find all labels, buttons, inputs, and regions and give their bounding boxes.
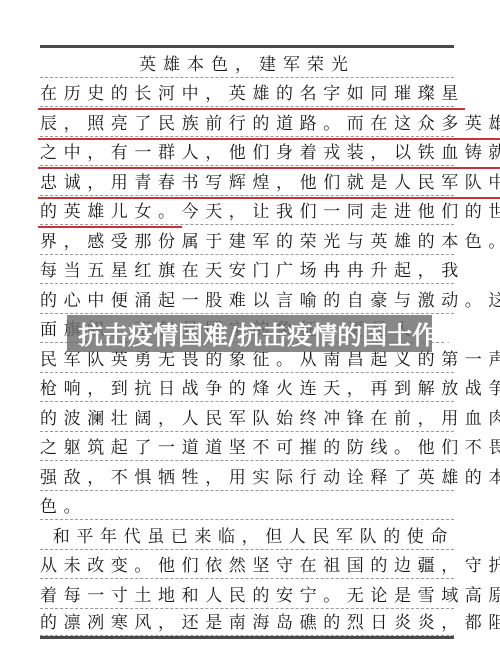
essay-line: 辰，照亮了民族前行的道路。而在这众多英雄 <box>40 107 454 137</box>
line-text: 之中，有一群人，他们身着戎装，以铁血铸就 <box>40 138 500 163</box>
line-text: 忠诚，用青春书写辉煌，他们就是人民军队中 <box>40 168 500 193</box>
essay-line: 的英雄儿女。今天，让我们一同走进他们的世 <box>40 196 454 226</box>
line-text: 从未改变。他们依然坚守在祖国的边疆，守护 <box>40 551 500 576</box>
essay-title: 英雄本色，建军荣光 <box>139 50 355 75</box>
line-text: 辰，照亮了民族前行的道路。而在这众多英雄 <box>40 109 500 134</box>
essay-line: 每当五星红旗在天安门广场冉冉升起，我 <box>40 255 454 285</box>
line-text: 每当五星红旗在天安门广场冉冉升起，我 <box>40 256 465 281</box>
essay-line: 之中，有一群人，他们身着戎装，以铁血铸就 <box>40 137 454 167</box>
line-text: 着每一寸土地和人民的安宁。无论是雪域高原 <box>40 581 500 606</box>
essay-line: 从未改变。他们依然坚守在祖国的边疆，守护 <box>40 550 454 580</box>
essay-line: 忠诚，用青春书写辉煌，他们就是人民军队中 <box>40 166 454 196</box>
line-text: 的英雄儿女。 <box>40 197 182 222</box>
line-text: 强敌，不惧牺牲，用实际行动诠释了英雄的本 <box>40 463 500 488</box>
line-text: 在历史的长河中，英雄的名字如同璀璨星 <box>40 79 465 104</box>
essay-line: 枪响，到抗日战争的烽火连天，再到解放战争 <box>40 373 454 403</box>
line-text: 的波澜壮阔，人民军队始终冲锋在前，用血肉 <box>40 404 500 429</box>
essay-line: 的心中便涌起一股难以言喻的自豪与激动。这 <box>40 284 454 314</box>
essay-title-row: 英雄本色，建军荣光 <box>40 48 454 78</box>
line-text-tail: 今天，让我们一同走进他们的世 <box>182 197 500 222</box>
line-text: 和平年代虽已来临，但人民军队的使命 <box>53 522 454 547</box>
caption-text: 抗击疫情国难/抗击疫情的国士作文 <box>78 316 462 352</box>
essay-line: 在历史的长河中，英雄的名字如同璀璨星 <box>40 78 454 108</box>
essay-line: 的凛冽寒风，还是南海岛礁的烈日炎炎，都阻 <box>40 607 454 637</box>
line-text: 的凛冽寒风，还是南海岛礁的烈日炎炎，都阻 <box>40 608 500 633</box>
essay-line: 界，感受那份属于建军的荣光与英雄的本色。 <box>40 225 454 255</box>
essay-line: 着每一寸土地和人民的安宁。无论是雪域高原 <box>40 579 454 609</box>
essay-line: 和平年代虽已来临，但人民军队的使命 <box>40 520 454 550</box>
essay-line: 色。 <box>40 491 454 521</box>
essay-line: 的波澜壮阔，人民军队始终冲锋在前，用血肉 <box>40 402 454 432</box>
line-text: 界，感受那份属于建军的荣光与英雄的本色。 <box>40 227 500 252</box>
line-text: 之躯筑起了一道道坚不可摧的防线。他们不畏 <box>40 433 500 458</box>
line-text: 枪响，到抗日战争的烽火连天，再到解放战争 <box>40 374 500 399</box>
caption-overlay: 抗击疫情国难/抗击疫情的国士作文 <box>67 315 432 352</box>
essay-line: 强敌，不惧牺牲，用实际行动诠释了英雄的本 <box>40 461 454 491</box>
bottom-rule <box>40 636 454 639</box>
line-text: 的心中便涌起一股难以言喻的自豪与激动。这 <box>40 286 500 311</box>
line-text: 色。 <box>40 492 87 517</box>
essay-line: 之躯筑起了一道道坚不可摧的防线。他们不畏 <box>40 432 454 462</box>
